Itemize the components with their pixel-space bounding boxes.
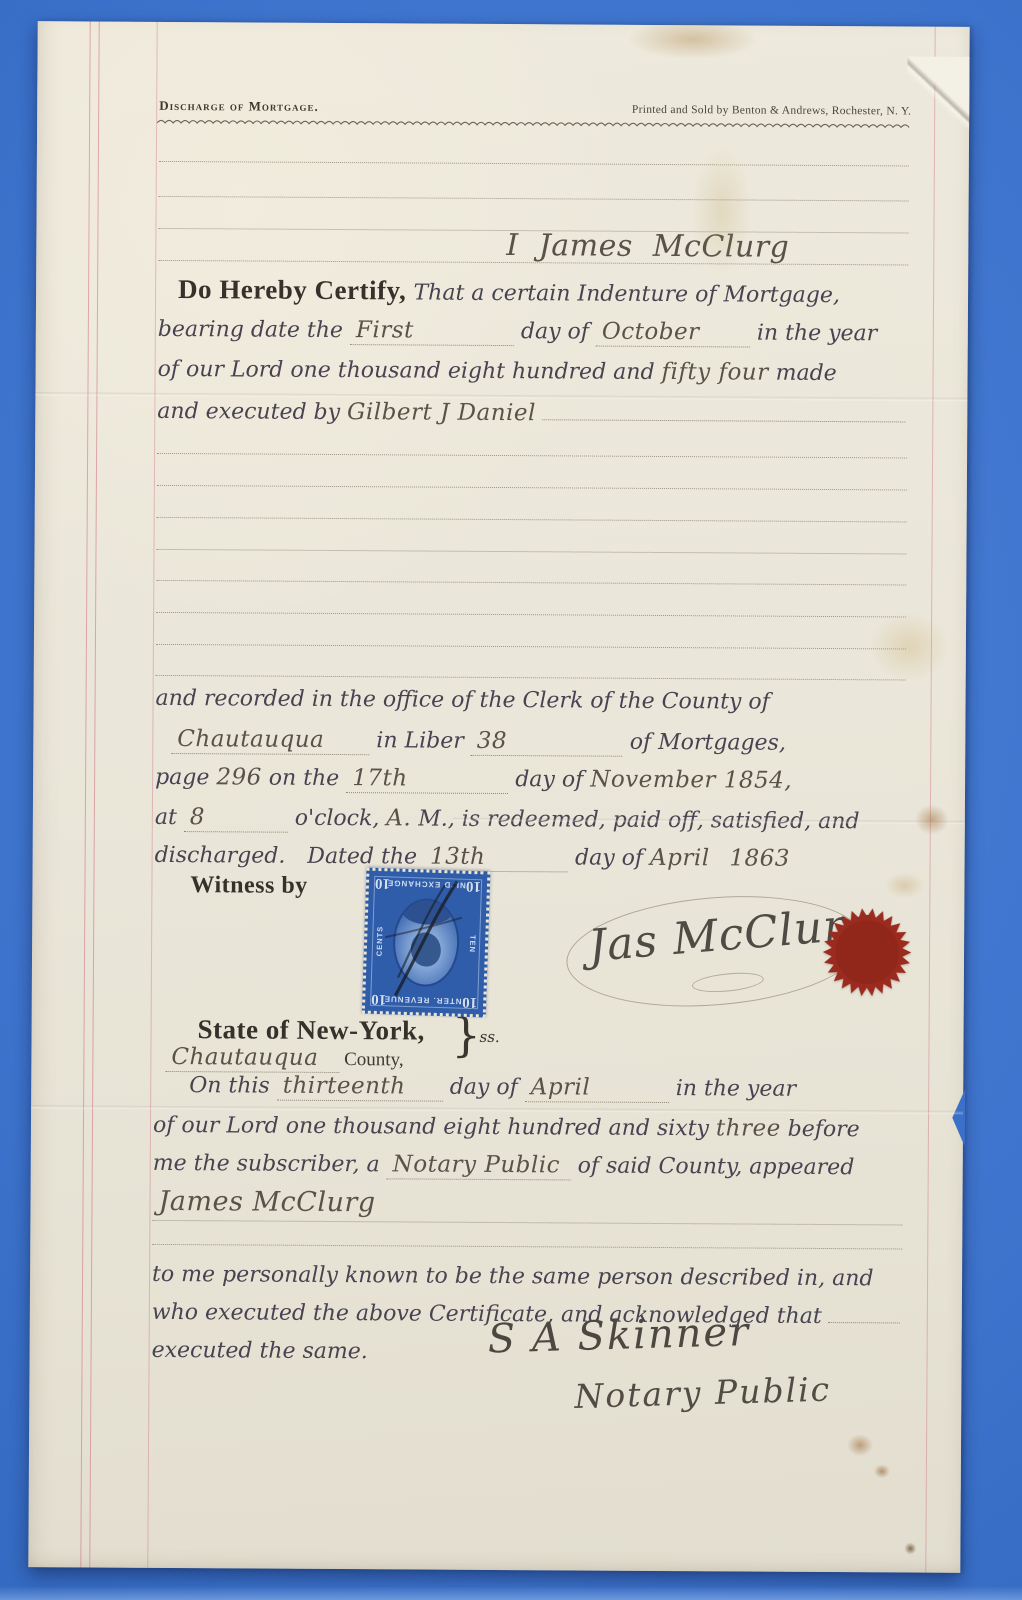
ruled-dotted-line bbox=[157, 517, 907, 523]
notary-title-script: Notary Public bbox=[574, 1370, 832, 1416]
printed-form-text: page bbox=[155, 765, 216, 790]
red-wafer-seal bbox=[819, 904, 916, 1001]
printed-form-text: bearing date the bbox=[158, 317, 350, 343]
document-text-line: On this thirteenth day of April in the y… bbox=[189, 1072, 903, 1104]
document-text-line: me the subscriber, a Notary Public of sa… bbox=[153, 1150, 903, 1183]
handwritten-entry: Chautauqua bbox=[171, 726, 369, 755]
printed-blackletter-text: State of New-York, bbox=[197, 1014, 424, 1046]
printed-form-text: of Mortgages, bbox=[623, 730, 786, 756]
handwritten-entry: 38 bbox=[471, 728, 623, 757]
printed-form-text: in the year bbox=[750, 321, 877, 347]
printed-form-text: day of bbox=[514, 319, 596, 345]
printed-form-text: in the year bbox=[669, 1076, 796, 1102]
ruled-dotted-line bbox=[159, 196, 909, 202]
printed-form-text: County, bbox=[339, 1049, 403, 1071]
printed-form-text: me the subscriber, a bbox=[153, 1151, 387, 1177]
ruled-dotted-line bbox=[157, 485, 907, 491]
ruled-dotted-line bbox=[159, 161, 909, 167]
handwritten-entry: James McClurg bbox=[158, 1186, 375, 1218]
stain bbox=[904, 1542, 916, 1554]
ruled-dotted-line bbox=[156, 644, 906, 650]
stain bbox=[847, 1434, 873, 1456]
document-text-line: and recorded in the office of the Clerk … bbox=[156, 686, 906, 716]
printed-form-text: day of bbox=[508, 767, 590, 793]
printed-blackletter-text: Witness by bbox=[190, 872, 307, 900]
printer-credit: Printed and Sold by Benton & Andrews, Ro… bbox=[632, 104, 911, 118]
stain bbox=[915, 805, 949, 835]
ruled-dotted-line bbox=[156, 612, 906, 618]
document-body: I James McClurgDo Hereby Certify, That a… bbox=[38, 21, 970, 27]
document-text-line: to me personally known to be the same pe… bbox=[152, 1262, 902, 1292]
handwritten-entry: April 1863 bbox=[650, 845, 790, 872]
printed-blackletter-text: Do Hereby Certify, bbox=[178, 274, 414, 306]
document-text-line: I James McClurg bbox=[506, 228, 908, 265]
printed-form-text: on the bbox=[262, 766, 347, 792]
trailing-blank-rule bbox=[542, 419, 905, 422]
document-text-line: Chautauqua County, bbox=[165, 1044, 903, 1077]
printed-form-text: M., is redeemed, paid off, satisfied, an… bbox=[411, 806, 859, 834]
handwritten-entry: 17th bbox=[346, 765, 508, 794]
printed-form-text: of our Lord one thousand eight hundred a… bbox=[158, 357, 662, 385]
document-text-line: at 8 o'clock, A. M., is redeemed, paid o… bbox=[155, 804, 905, 837]
document-text-line: page 296 on the 17th day of November 185… bbox=[155, 764, 905, 797]
document-text-line: of our Lord one thousand eight hundred a… bbox=[158, 356, 908, 387]
printed-form-text: in Liber bbox=[369, 728, 471, 754]
printed-form-text: to me personally known to be the same pe… bbox=[152, 1262, 874, 1291]
printed-form-text: at bbox=[155, 805, 184, 830]
handwritten-entry: 296 bbox=[216, 764, 262, 790]
printed-form-text: made bbox=[769, 361, 837, 386]
handwritten-entry: thirteenth bbox=[277, 1073, 443, 1102]
stain bbox=[874, 1464, 890, 1478]
printed-form-text: of said County, appeared bbox=[571, 1153, 855, 1180]
handwritten-entry: Chautauqua bbox=[165, 1044, 339, 1073]
handwritten-entry: October bbox=[596, 319, 750, 348]
wavy-divider bbox=[157, 119, 913, 132]
document-text-line: Do Hereby Certify, That a certain Indent… bbox=[178, 274, 908, 309]
handwritten-entry: First bbox=[350, 317, 514, 346]
document-text-line: Chautauqua in Liber 38 of Mortgages, bbox=[171, 726, 905, 758]
handwritten-entry: I James McClurg bbox=[506, 228, 789, 265]
ruled-dotted-line bbox=[156, 580, 906, 586]
folded-corner bbox=[907, 56, 969, 128]
printed-form-text: and executed by bbox=[157, 399, 347, 425]
ledger-margin-rule bbox=[925, 27, 935, 1573]
ruled-dotted-line bbox=[157, 453, 907, 459]
ledger-margin-rule bbox=[80, 21, 90, 1567]
stain bbox=[869, 611, 949, 681]
printed-form-text: executed the same. bbox=[152, 1338, 368, 1364]
document-text-line: James McClurg bbox=[158, 1186, 902, 1222]
printed-form-text: day of bbox=[443, 1075, 525, 1101]
printed-form-text: o'clock, bbox=[288, 806, 387, 832]
printed-form-text: day of bbox=[568, 845, 650, 871]
revenue-stamp: 10 10 10 10 INTER. REVENUE INL'D EXCHANG… bbox=[362, 868, 491, 1018]
handwritten-entry: A. bbox=[386, 805, 411, 831]
form-title: Discharge of Mortgage. bbox=[159, 98, 319, 115]
document-paper: Discharge of Mortgage. Printed and Sold … bbox=[28, 21, 969, 1573]
printed-form-text: On this bbox=[189, 1073, 277, 1099]
document-text-line: bearing date the First day of October in… bbox=[158, 316, 908, 349]
ruled-dotted-line bbox=[156, 675, 906, 681]
photo-background: Discharge of Mortgage. Printed and Sold … bbox=[0, 0, 1022, 1600]
handwritten-entry: April bbox=[525, 1074, 669, 1103]
ss-label: ss. bbox=[479, 1028, 499, 1046]
handwritten-entry: November 1854, bbox=[590, 767, 792, 794]
edge-tear bbox=[950, 1089, 965, 1147]
handwritten-entry: fifty four bbox=[661, 359, 768, 386]
ledger-margin-rule bbox=[147, 22, 157, 1568]
document-text-line: Witness by bbox=[190, 872, 904, 903]
printed-form-text: before bbox=[781, 1117, 860, 1142]
document-text-line: of our Lord one thousand eight hundred a… bbox=[153, 1112, 903, 1143]
notary-signature: S A Skinner bbox=[487, 1309, 751, 1363]
printed-form-text: and recorded in the office of the Clerk … bbox=[156, 686, 770, 715]
handwritten-entry: Notary Public bbox=[387, 1151, 571, 1180]
ruled-dotted-line bbox=[152, 1244, 902, 1250]
handwritten-entry: Gilbert J Daniel bbox=[347, 399, 536, 426]
printed-header: Discharge of Mortgage. Printed and Sold … bbox=[159, 98, 911, 119]
trailing-blank-rule bbox=[828, 1322, 900, 1323]
ruled-dotted-line bbox=[157, 549, 907, 555]
stain bbox=[628, 19, 758, 60]
handwritten-entry: three bbox=[716, 1115, 781, 1141]
document-text-line: and executed by Gilbert J Daniel bbox=[157, 398, 907, 429]
printed-form-text: of our Lord one thousand eight hundred a… bbox=[153, 1113, 716, 1141]
document-text-line: discharged. Dated the 13th day of April … bbox=[155, 842, 905, 875]
handwritten-entry: 8 bbox=[184, 804, 288, 833]
ledger-margin-rule bbox=[89, 22, 99, 1568]
stamp-pen-cancel bbox=[359, 864, 488, 1014]
printed-form-text: That a certain Indenture of Mortgage, bbox=[413, 280, 840, 308]
